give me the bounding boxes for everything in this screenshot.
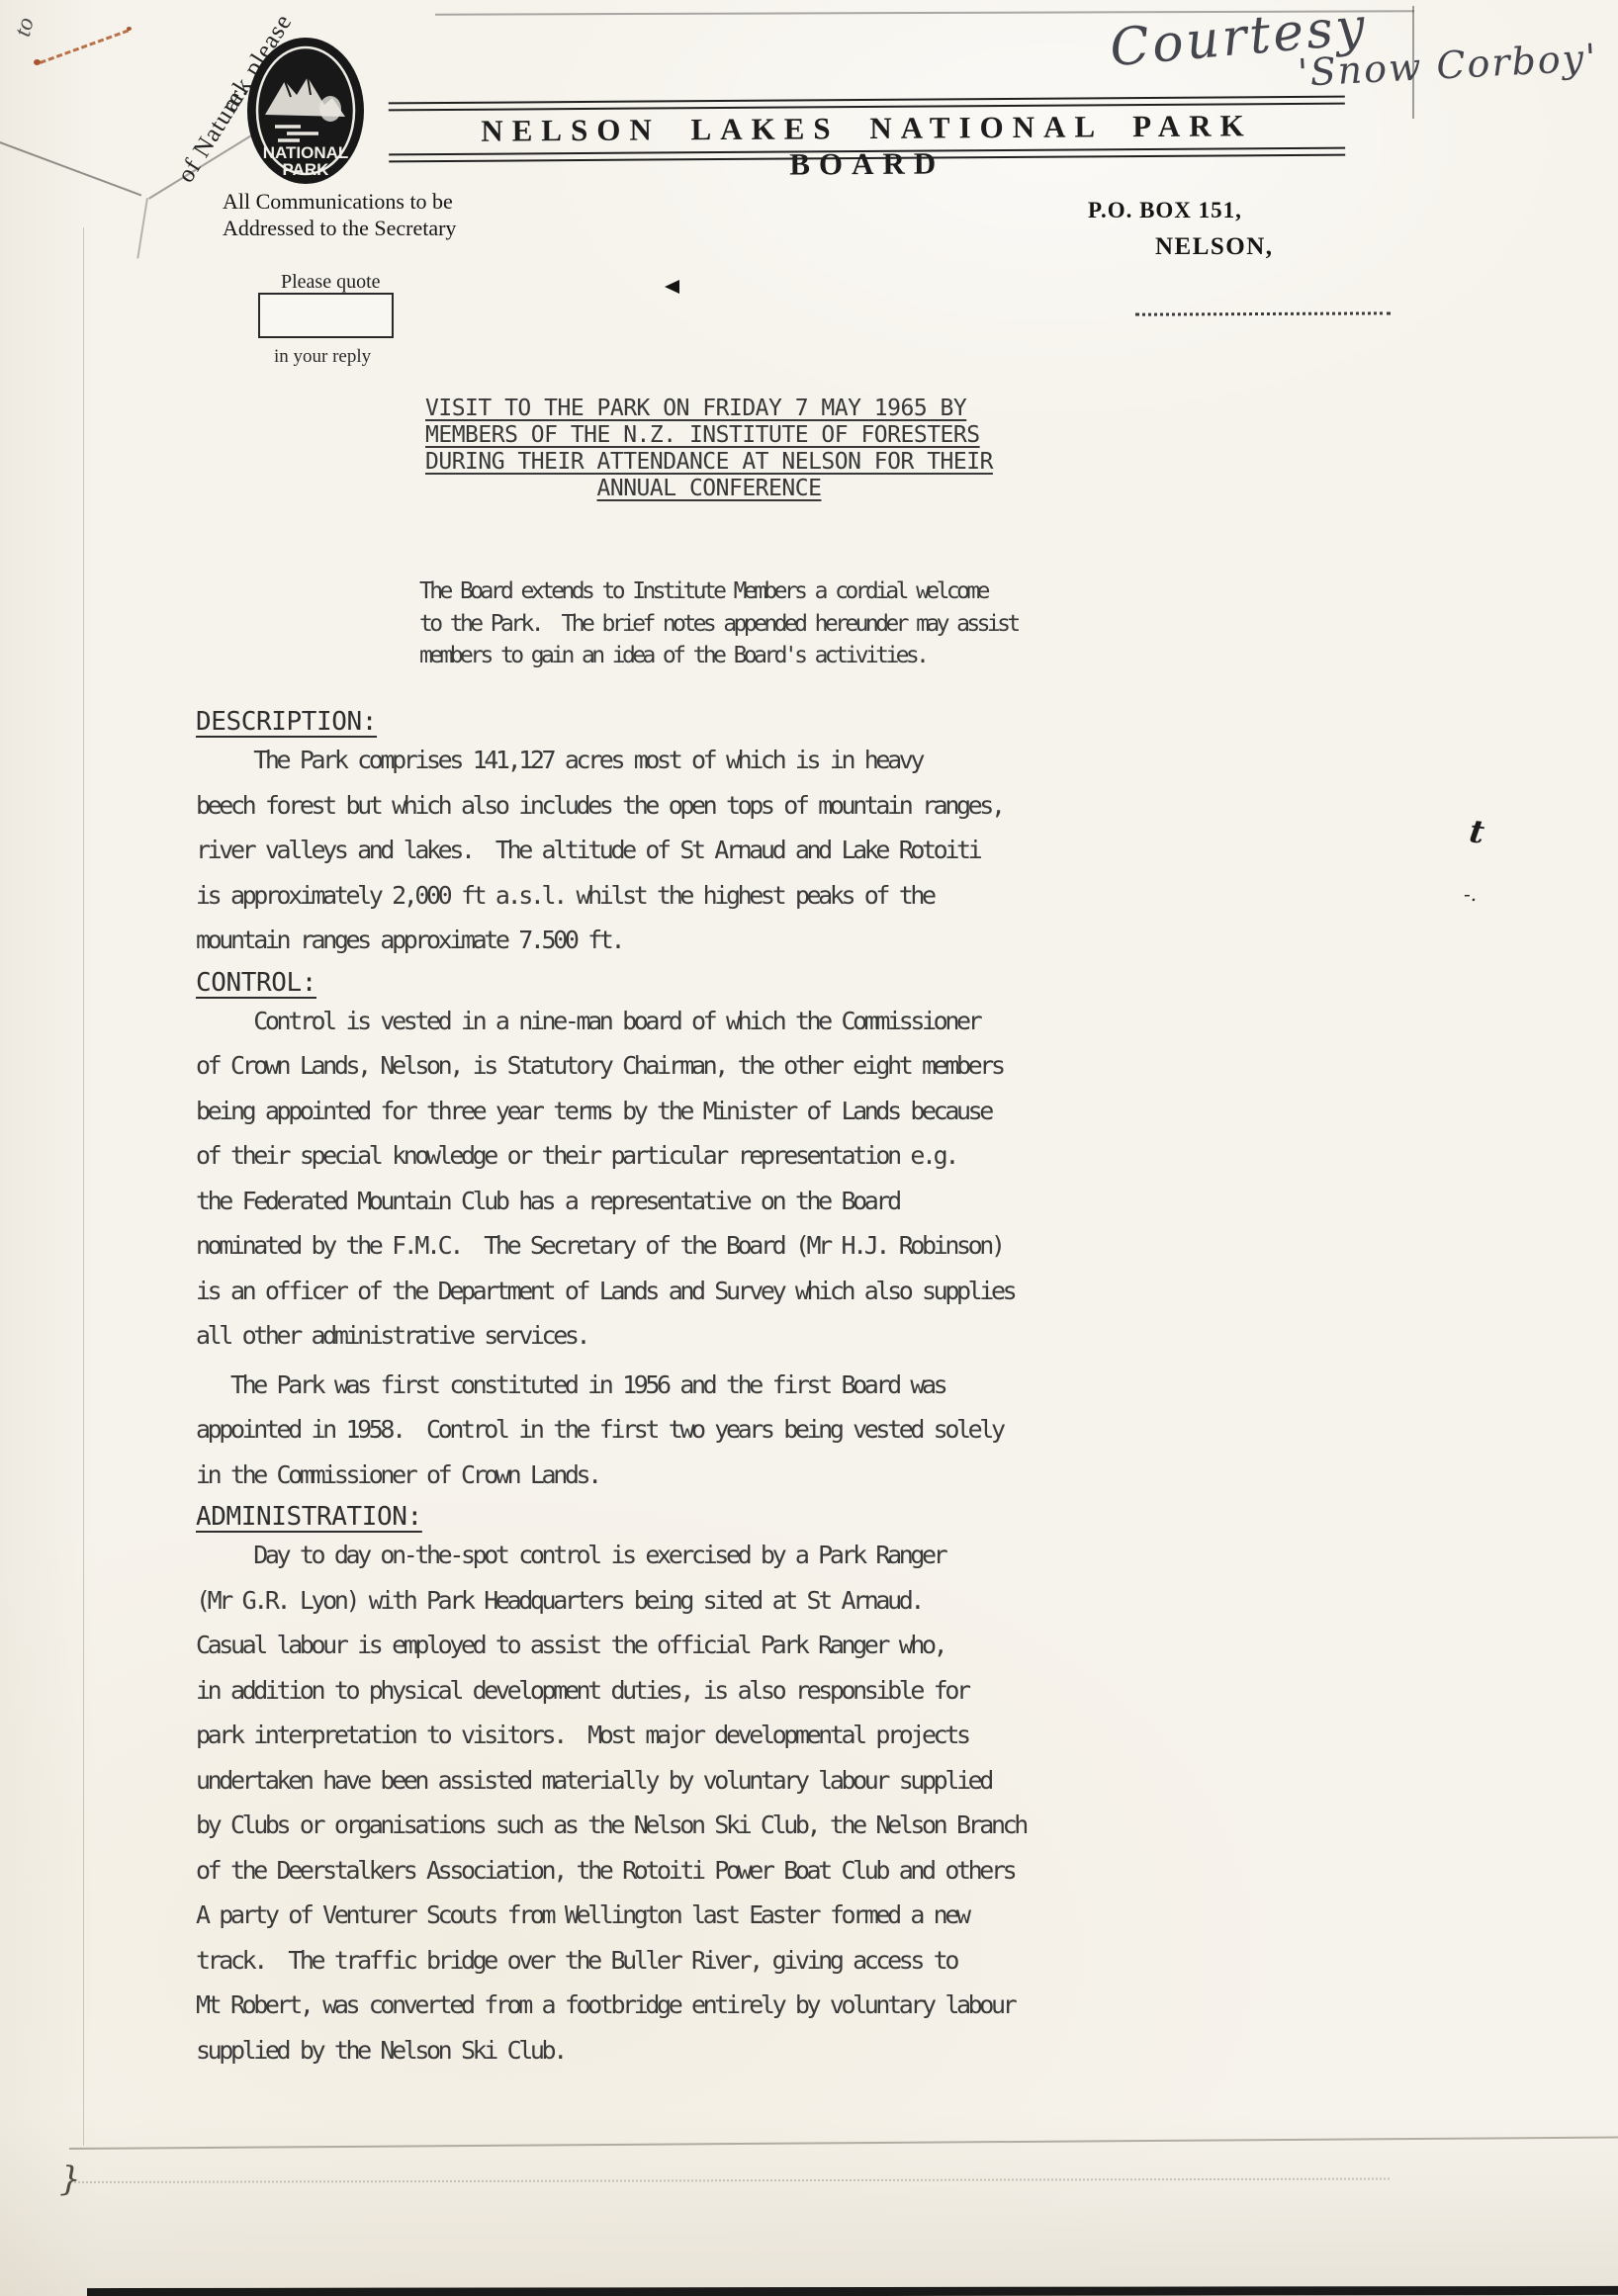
section-paragraph: The Park comprises 141,127 acres most of…	[196, 738, 1086, 963]
masthead-band: NELSON LAKES NATIONAL PARK BOARD	[389, 92, 1345, 168]
intro-line: members to gain an idea of the Board's a…	[419, 640, 1018, 672]
body-line: Control is vested in a nine-man board of…	[196, 999, 1086, 1044]
title-line: DURING THEIR ATTENDANCE AT NELSON FOR TH…	[425, 449, 993, 476]
body-line: supplied by the Nelson Ski Club.	[196, 2028, 1086, 2074]
intro-paragraph: The Board extends to Institute Members a…	[419, 575, 1018, 672]
rust-stain-dot	[34, 59, 41, 65]
body-line: is an officer of the Department of Lands…	[196, 1269, 1086, 1314]
national-park-logo: NATIONAL PARK	[245, 36, 366, 186]
ink-arrow-mark	[665, 280, 679, 294]
rust-stain-dot	[127, 27, 132, 31]
date-dotted-line	[1135, 311, 1391, 315]
section-paragraph: Day to day on-the-spot control is exerci…	[196, 1533, 1086, 2073]
communications-note: All Communications to be Addressed to th…	[223, 188, 456, 241]
reference-quote-box	[258, 293, 394, 338]
body-line: (Mr G.R. Lyon) with Park Headquarters be…	[196, 1578, 1086, 1624]
body-line: The Park comprises 141,127 acres most of…	[196, 738, 1086, 783]
communications-line: Addressed to the Secretary	[223, 215, 456, 241]
body-line: by Clubs or organisations such as the Ne…	[196, 1803, 1086, 1848]
scanner-black-strip	[87, 2286, 1618, 2296]
park-slogan-fragment: of Nature.	[172, 80, 254, 188]
body-line: of their special knowledge or their part…	[196, 1133, 1086, 1179]
please-quote-label: Please quote	[281, 271, 381, 294]
section-heading: CONTROL:	[196, 967, 1086, 999]
organization-name: NELSON LAKES NATIONAL PARK BOARD	[389, 108, 1345, 186]
title-line: VISIT TO THE PARK ON FRIDAY 7 MAY 1965 B…	[425, 396, 993, 422]
section-heading: DESCRIPTION:	[196, 706, 1086, 738]
body-line: is approximately 2,000 ft a.s.l. whilst …	[196, 873, 1086, 919]
body-line: in addition to physical development duti…	[196, 1668, 1086, 1714]
tree-icon	[319, 96, 341, 122]
section-paragraph: Control is vested in a nine-man board of…	[196, 999, 1086, 1359]
page-edge-line-left	[83, 227, 84, 2146]
body-line: Casual labour is employed to assist the …	[196, 1623, 1086, 1668]
intro-line: The Board extends to Institute Members a…	[419, 575, 1018, 608]
document-title-block: VISIT TO THE PARK ON FRIDAY 7 MAY 1965 B…	[425, 396, 993, 502]
title-line: MEMBERS OF THE N.Z. INSTITUTE OF FORESTE…	[425, 422, 993, 449]
body-line: beech forest but which also includes the…	[196, 783, 1086, 829]
body-line: The Park was first constituted in 1956 a…	[196, 1363, 1086, 1408]
section-paragraph: The Park was first constituted in 1956 a…	[196, 1363, 1086, 1498]
fold-line	[136, 198, 148, 259]
in-your-reply-label: in your reply	[274, 346, 371, 368]
title-line: ANNUAL CONFERENCE	[425, 476, 993, 502]
body-line: in the Commissioner of Crown Lands.	[196, 1453, 1086, 1498]
city-address: NELSON,	[1155, 233, 1274, 261]
handwritten-brace-mark: }	[59, 2160, 81, 2199]
handwritten-margin-mark: t	[1467, 812, 1486, 851]
body-line: of the Deerstalkers Association, the Rot…	[196, 1848, 1086, 1894]
rust-stain	[40, 30, 129, 64]
body-line: the Federated Mountain Club has a repres…	[196, 1179, 1086, 1224]
po-box-address: P.O. BOX 151,	[1088, 198, 1242, 223]
body-line: track. The traffic bridge over the Bulle…	[196, 1938, 1086, 1984]
section-heading: ADMINISTRATION:	[196, 1501, 1086, 1533]
logo-text-line2: PARK	[283, 160, 330, 179]
body-line: undertaken have been assisted materially…	[196, 1758, 1086, 1804]
document-sections: DESCRIPTION: The Park comprises 141,127 …	[196, 704, 1086, 2076]
body-line: all other administrative services.	[196, 1313, 1086, 1359]
body-line: being appointed for three year terms by …	[196, 1089, 1086, 1134]
page-edge-line-bottom	[69, 2137, 1618, 2150]
corner-note: to	[10, 15, 41, 40]
body-line: appointed in 1958. Control in the first …	[196, 1407, 1086, 1453]
fold-line	[0, 141, 141, 196]
body-line: nominated by the F.M.C. The Secretary of…	[196, 1223, 1086, 1269]
body-line: Mt Robert, was converted from a footbrid…	[196, 1983, 1086, 2028]
faded-line-bottom	[74, 2178, 1390, 2183]
handwritten-margin-mark: -.	[1464, 882, 1477, 906]
body-line: mountain ranges approximate 7.500 ft.	[196, 918, 1086, 963]
intro-line: to the Park. The brief notes appended he…	[419, 608, 1018, 641]
communications-line: All Communications to be	[223, 188, 456, 215]
body-line: park interpretation to visitors. Most ma…	[196, 1713, 1086, 1758]
body-line: river valleys and lakes. The altitude of…	[196, 828, 1086, 873]
body-line: Day to day on-the-spot control is exerci…	[196, 1533, 1086, 1578]
body-line: of Crown Lands, Nelson, is Statutory Cha…	[196, 1043, 1086, 1089]
body-line: A party of Venturer Scouts from Wellingt…	[196, 1893, 1086, 1938]
